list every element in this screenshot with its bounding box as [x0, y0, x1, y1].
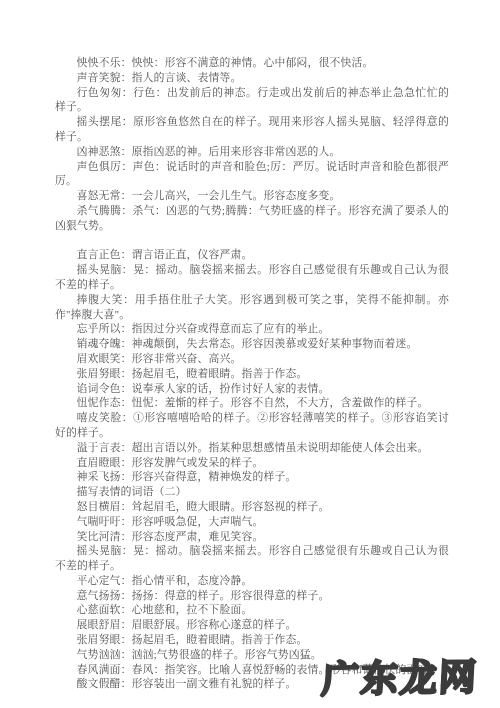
glossary-entry: 气喘吁吁：形容呼吸急促，大声喘气。 [55, 515, 449, 530]
entry-term: 气势汹汹： [77, 649, 132, 661]
glossary-entry: 忸怩作态：忸怩：羞惭的样子。形容不自然，不大方，含羞做作的样子。 [55, 396, 449, 411]
glossary-entry: 销魂夺魄：神魂颠倒，失去常态。形容因羡慕或爱好某种事物而着迷。 [55, 337, 449, 352]
entry-term: 摇头摆尾： [77, 116, 133, 128]
entry-definition: 形容态度严肃，难见笑容。 [132, 531, 264, 543]
glossary-entry: 神采飞扬：形容兴奋得意，精神焕发的样子。 [55, 470, 449, 485]
glossary-entry: 意气扬扬：扬扬：得意的样子。形容很得意的样子。 [55, 589, 449, 604]
entry-definition: 忸怩：羞惭的样子。形容不自然，不大方，含羞做作的样子。 [132, 397, 429, 409]
entry-definition: 超出言语以外。指某种思想感情虽未说明却能使人体会出来。 [132, 442, 429, 454]
entry-definition: 神魂颠倒，失去常态。形容因羡慕或爱好某种事物而着迷。 [132, 338, 418, 350]
entry-term: 张眉努眼： [77, 634, 132, 646]
glossary-entry: 摇头摆尾：原形容鱼悠然自在的样子。现用来形容人摇头晃脑、轻浮得意的样子。 [55, 115, 449, 145]
entry-term: 意气扬扬： [77, 590, 132, 602]
entry-definition: 指人的言谈、表情等。 [132, 72, 242, 84]
entry-term: 怒目横眉： [77, 501, 132, 513]
entry-definition: 指因过分兴奋或得意而忘了应有的举止。 [132, 323, 330, 335]
entry-definition: 说奉承人家的话，扮作讨好人家的表情。 [132, 383, 330, 395]
glossary-entry: 直言正色：谓言语正直，仪容严肃。 [55, 248, 449, 263]
entry-term: 杀气腾腾： [77, 205, 133, 217]
entry-definition: 汹汹;气势很盛的样子。形容气势凶猛。 [132, 649, 322, 661]
glossary-entry: 摇头晃脑：晃：摇动。脑袋摇来摇去。形容自己感觉很有乐趣或自己认为很不差的样子。 [55, 263, 449, 293]
entry-definition: 耸起眉毛，瞪大眼睛。形容怒视的样子。 [132, 501, 330, 513]
entry-term: 直言正色： [77, 249, 132, 261]
entry-term: 喜怒无常： [77, 190, 132, 202]
glossary-entry: 声色俱厉：声色：说话时的声音和脸色;厉：严厉。说话时声音和脸色都很严厉。 [55, 160, 449, 190]
entry-definition: 指心情平和，态度冷静。 [132, 575, 253, 587]
entry-definition: 谓言语正直，仪容严肃。 [132, 249, 253, 261]
glossary-entry: 怒目横眉：耸起眉毛，瞪大眼睛。形容怒视的样子。 [55, 500, 449, 515]
entry-term: 谄词令色： [77, 383, 132, 395]
entry-definition: 一会儿高兴，一会儿生气。形容态度多变。 [132, 190, 341, 202]
entry-term: 声色俱厉： [77, 161, 133, 173]
entry-term: 气喘吁吁： [77, 516, 132, 528]
entry-term: 春风满面： [77, 664, 132, 676]
glossary-entry: 杀气腾腾：杀气：凶恶的气势;腾腾：气势旺盛的样子。形容充满了要杀人的凶狠气势。 [55, 204, 449, 234]
entry-definition: 眉眼舒展。形容称心遂意的样子。 [132, 619, 297, 631]
entry-definition: 扬扬：得意的样子。形容很得意的样子。 [132, 590, 330, 602]
entry-definition: 心地慈和，拉不下脸面。 [132, 604, 253, 616]
entry-term: 展眼舒眉： [77, 619, 132, 631]
entry-term: 摇头晃脑： [77, 545, 133, 557]
entry-term: 忸怩作态： [77, 397, 132, 409]
glossary-entry: 谄词令色：说奉承人家的话，扮作讨好人家的表情。 [55, 382, 449, 397]
section-heading: 描写表情的词语（二） [55, 485, 449, 500]
entry-definition: 原指凶恶的神。后用来形容非常凶恶的人。 [132, 146, 341, 158]
entry-term: 溢于言表： [77, 442, 132, 454]
entry-term: 声音笑貌： [77, 72, 132, 84]
document-page: 怏怏不乐：怏怏：形容不满意的神情。心中郁闷，很不快活。声音笑貌：指人的言谈、表情… [0, 0, 500, 708]
blank-line [55, 234, 449, 249]
glossary-entry: 喜怒无常：一会儿高兴，一会儿生气。形容态度多变。 [55, 189, 449, 204]
entry-definition: 怏怏：形容不满意的神情。心中郁闷，很不快活。 [132, 57, 374, 69]
entry-definition: 形容呼吸急促，大声喘气。 [132, 516, 264, 528]
entry-term: 忘乎所以： [77, 323, 132, 335]
entry-definition: 扬起眉毛，瞪着眼睛。指善于作态。 [132, 634, 308, 646]
glossary-entry: 直眉瞪眼：形容发脾气或发呆的样子。 [55, 456, 449, 471]
glossary-entry: 笑比河清：形容态度严肃，难见笑容。 [55, 530, 449, 545]
entry-term: 心慈面软： [77, 604, 132, 616]
entry-definition: 形容非常兴奋、高兴。 [132, 353, 242, 365]
glossary-entry: 声音笑貌：指人的言谈、表情等。 [55, 71, 449, 86]
entry-definition: 形容兴奋得意，精神焕发的样子。 [132, 471, 297, 483]
entry-definition: 扬起眉毛，瞪着眼睛。指善于作态。 [132, 368, 308, 380]
entry-term: 神采飞扬： [77, 471, 132, 483]
site-watermark: 广东龙网 [321, 647, 480, 704]
entry-term: 行色匆匆： [77, 87, 133, 99]
entry-term: 怏怏不乐： [77, 57, 132, 69]
glossary-entry: 张眉努眼：扬起眉毛，瞪着眼睛。指善于作态。 [55, 633, 449, 648]
glossary-entry: 忘乎所以：指因过分兴奋或得意而忘了应有的举止。 [55, 322, 449, 337]
entry-term: 摇头晃脑： [77, 264, 133, 276]
glossary-entry: 展眼舒眉：眉眼舒展。形容称心遂意的样子。 [55, 618, 449, 633]
glossary-entry: 平心定气：指心情平和，态度冷静。 [55, 574, 449, 589]
glossary-entry: 凶神恶煞：原指凶恶的神。后用来形容非常凶恶的人。 [55, 145, 449, 160]
glossary-entry: 怏怏不乐：怏怏：形容不满意的神情。心中郁闷，很不快活。 [55, 56, 449, 71]
entry-term: 凶神恶煞： [77, 146, 132, 158]
entry-term: 销魂夺魄： [77, 338, 132, 350]
glossary-entry: 张眉努眼：扬起眉毛，瞪着眼睛。指善于作态。 [55, 367, 449, 382]
entry-term: 直眉瞪眼： [77, 457, 132, 469]
entry-definition: 形容发脾气或发呆的样子。 [132, 457, 264, 469]
glossary-list: 怏怏不乐：怏怏：形容不满意的神情。心中郁闷，很不快活。声音笑貌：指人的言谈、表情… [55, 56, 449, 692]
glossary-entry: 行色匆匆：行色：出发前后的神态。行走或出发前后的神态举止急急忙忙的样子。 [55, 86, 449, 116]
entry-term: 张眉努眼： [77, 368, 132, 380]
glossary-entry: 眉欢眼笑：形容非常兴奋、高兴。 [55, 352, 449, 367]
entry-term: 捧腹大笑： [77, 294, 135, 306]
entry-term: 嘻皮笑脸： [77, 412, 133, 424]
entry-term: 眉欢眼笑： [77, 353, 132, 365]
glossary-entry: 溢于言表：超出言语以外。指某种思想感情虽未说明却能使人体会出来。 [55, 441, 449, 456]
glossary-entry: 捧腹大笑：用手捂住肚子大笑。形容遇到极可笑之事，笑得不能抑制。亦作"捧腹大喜"。 [55, 293, 449, 323]
entry-term: 平心定气： [77, 575, 132, 587]
glossary-entry: 摇头晃脑：晃：摇动。脑袋摇来摇去。形容自己感觉很有乐趣或自己认为很不差的样子。 [55, 544, 449, 574]
glossary-entry: 嘻皮笑脸：①形容嘻嘻哈哈的样子。②形容轻薄嘻笑的样子。③形容谄笑讨好的样子。 [55, 411, 449, 441]
entry-term: 笑比河清： [77, 531, 132, 543]
entry-term: 酸文假醋： [77, 678, 132, 690]
entry-definition: 形容装出一副文雅有礼貌的样子。 [132, 678, 297, 690]
glossary-entry: 心慈面软：心地慈和，拉不下脸面。 [55, 603, 449, 618]
